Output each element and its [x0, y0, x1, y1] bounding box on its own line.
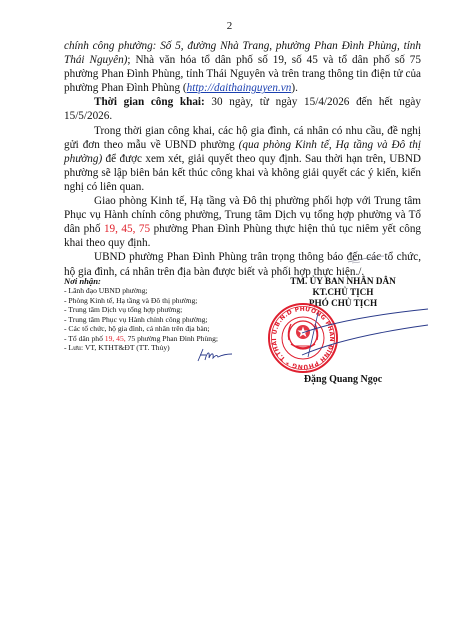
recipients-title: Nơi nhận: — [64, 276, 264, 286]
residential-groups-highlight: 19, 45, 75 — [104, 223, 150, 235]
paragraph-location: chính công phường: Số 5, đường Nhà Trang… — [64, 39, 421, 95]
document-body: chính công phường: Số 5, đường Nhà Trang… — [64, 39, 421, 279]
recipient-prefix: - Tổ dân phố — [64, 334, 105, 343]
punctuation: ). — [291, 82, 298, 94]
recipients-list: Nơi nhận: - Lãnh đạo UBND phường; - Phòn… — [64, 276, 264, 353]
recipient-item-residential-groups: - Tổ dân phố 19, 45, 75 phường Phan Đình… — [64, 334, 264, 344]
handwritten-signature — [300, 305, 430, 365]
recipient-item: - Các tổ chức, hộ gia đình, cá nhân trên… — [64, 324, 264, 334]
signature-line-2: KT.CHỦ TỊCH — [268, 287, 418, 298]
recipient-item: - Trung tâm Phục vụ Hành chính công phườ… — [64, 315, 264, 325]
recipient-highlight: 19, 45, — [105, 334, 126, 343]
paragraph-disclosure-period: Thời gian công khai: 30 ngày, từ ngày 15… — [64, 95, 421, 123]
website-link[interactable]: http://daithainguyen.vn — [187, 82, 292, 94]
recipient-suffix: 75 phường Phan Đình Phùng; — [126, 334, 218, 343]
recipient-item: - Lãnh đạo UBND phường; — [64, 286, 264, 296]
page-number: 2 — [0, 20, 459, 32]
recipient-archive: - Lưu: VT, KTHT&ĐT (TT. Thủy) — [64, 343, 264, 353]
feedback-text-b: để được xem xét, giải quyết theo quy địn… — [64, 153, 421, 193]
disclosure-period-label: Thời gian công khai: — [94, 96, 205, 108]
recipient-item: - Phòng Kinh tế, Hạ tầng và Đô thị phườn… — [64, 296, 264, 306]
signer-name: Đặng Quang Ngọc — [268, 374, 418, 385]
recipient-item: - Trung tâm Dịch vụ tổng hợp phường; — [64, 305, 264, 315]
signature-line-1: TM. ỦY BAN NHÂN DÂN — [268, 276, 418, 287]
paragraph-assignment: Giao phòng Kinh tế, Hạ tầng và Đô thị ph… — [64, 194, 421, 250]
handwritten-tick-mark — [346, 254, 386, 264]
initials-signature — [194, 346, 234, 364]
paragraph-feedback: Trong thời gian công khai, các hộ gia đì… — [64, 124, 421, 194]
